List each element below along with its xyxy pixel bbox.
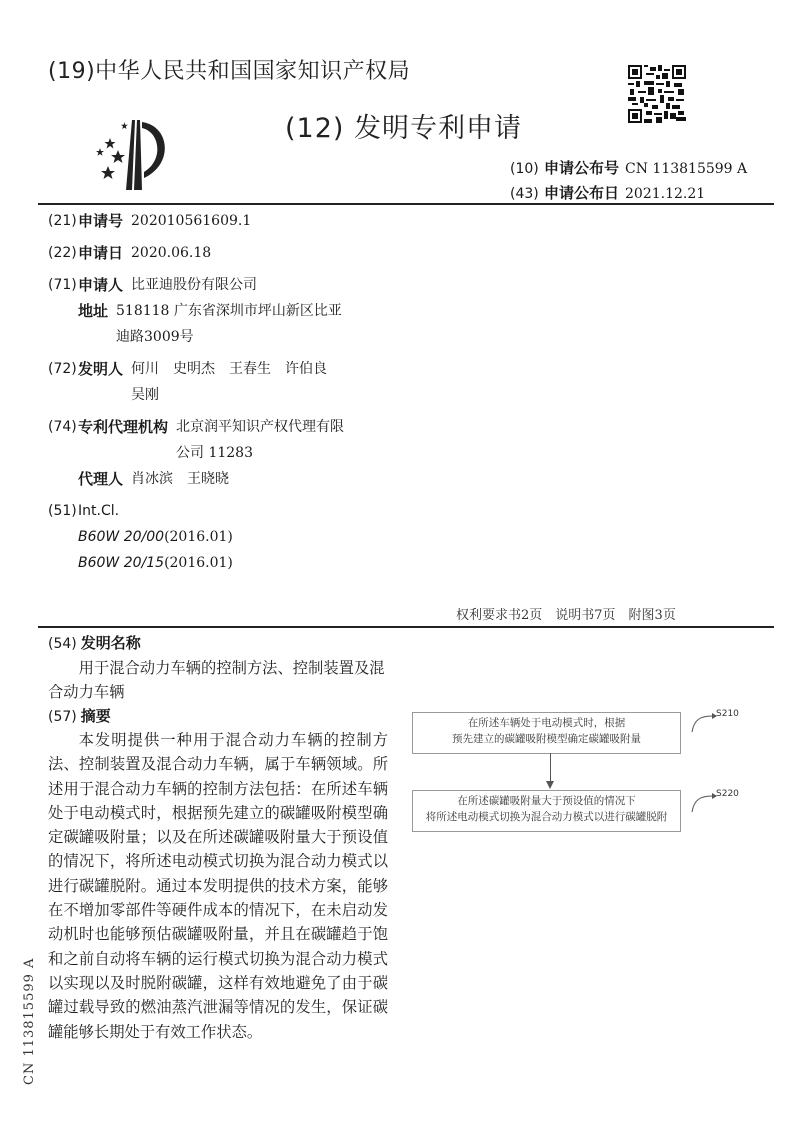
applicant-row: (71) 申请人 比亚迪股份有限公司 (48, 272, 398, 298)
document-type-title: (12) 发明专利申请 (285, 106, 522, 145)
application-number: 202010561609.1 (131, 208, 251, 234)
agency-row: (74) 专利代理机构 北京润平知识产权代理有限 公司 11283 (48, 414, 398, 466)
agency: 北京润平知识产权代理有限 公司 11283 (176, 414, 344, 466)
arrow-down-icon (546, 781, 554, 789)
page-counts: 权利要求书2页 说明书7页 附图3页 (456, 604, 676, 623)
office-name: (19)中华人民共和国国家知识产权局 (48, 54, 410, 85)
section-divider (38, 626, 774, 628)
inventors: 何川 史明杰 王春生 许伯良 吴刚 (131, 356, 327, 408)
filing-date-row: (22) 申请日 2020.06.18 (48, 240, 398, 266)
inventors-row: (72) 发明人 何川 史明杰 王春生 许伯良 吴刚 (48, 356, 398, 408)
publication-number: CN 113815599 A (625, 161, 747, 177)
publication-info: (10) 申请公布号CN 113815599 A (43) 申请公布日2021.… (510, 156, 747, 206)
flow-step-s210: 在所述车辆处于电动模式时，根据 预先建立的碳罐吸附模型确定碳罐吸附量 (412, 712, 681, 754)
address-row: 地址 518118 广东省深圳市坪山新区比亚 迪路3009号 (48, 298, 398, 350)
ipc-entry: B60W 20/15 (2016.01) (48, 550, 398, 576)
publication-number-row: (10) 申请公布号CN 113815599 A (510, 156, 747, 181)
abstract-text: 本发明提供一种用于混合动力车辆的控制方法、控制装置及混合动力车辆，属于车辆领域。… (48, 728, 388, 1044)
application-number-row: (21) 申请号 202010561609.1 (48, 208, 398, 234)
step-label-s210: S210 (716, 709, 739, 719)
side-publication-number: CN 113815599 A (22, 958, 37, 1085)
qr-code-icon[interactable] (628, 65, 686, 123)
abstract-heading: (57)摘要 (48, 705, 111, 726)
int-cl-row: (51) Int.Cl. (48, 498, 398, 524)
filing-date: 2020.06.18 (131, 240, 211, 266)
flow-step-s220: 在所述碳罐吸附量大于预设值的情况下 将所述电动模式切换为混合动力模式以进行碳罐脱… (412, 790, 681, 832)
ipc-entry: B60W 20/00 (2016.01) (48, 524, 398, 550)
cnipa-logo-icon (88, 108, 178, 200)
agent-row: 代理人 肖冰滨 王晓晓 (48, 466, 398, 492)
flow-arrow (550, 753, 551, 783)
invention-title: 用于混合动力车辆的控制方法、控制装置及混合动力车辆 (48, 656, 388, 704)
header-divider (38, 203, 774, 205)
publication-date: 2021.12.21 (625, 186, 705, 202)
invention-title-heading: (54)发明名称 (48, 632, 141, 653)
address: 518118 广东省深圳市坪山新区比亚 迪路3009号 (116, 298, 342, 350)
bibliographic-data: (21) 申请号 202010561609.1 (22) 申请日 2020.06… (48, 208, 398, 576)
agent: 肖冰滨 王晓晓 (131, 466, 229, 492)
step-label-s220: S220 (716, 789, 739, 799)
applicant: 比亚迪股份有限公司 (131, 272, 257, 298)
